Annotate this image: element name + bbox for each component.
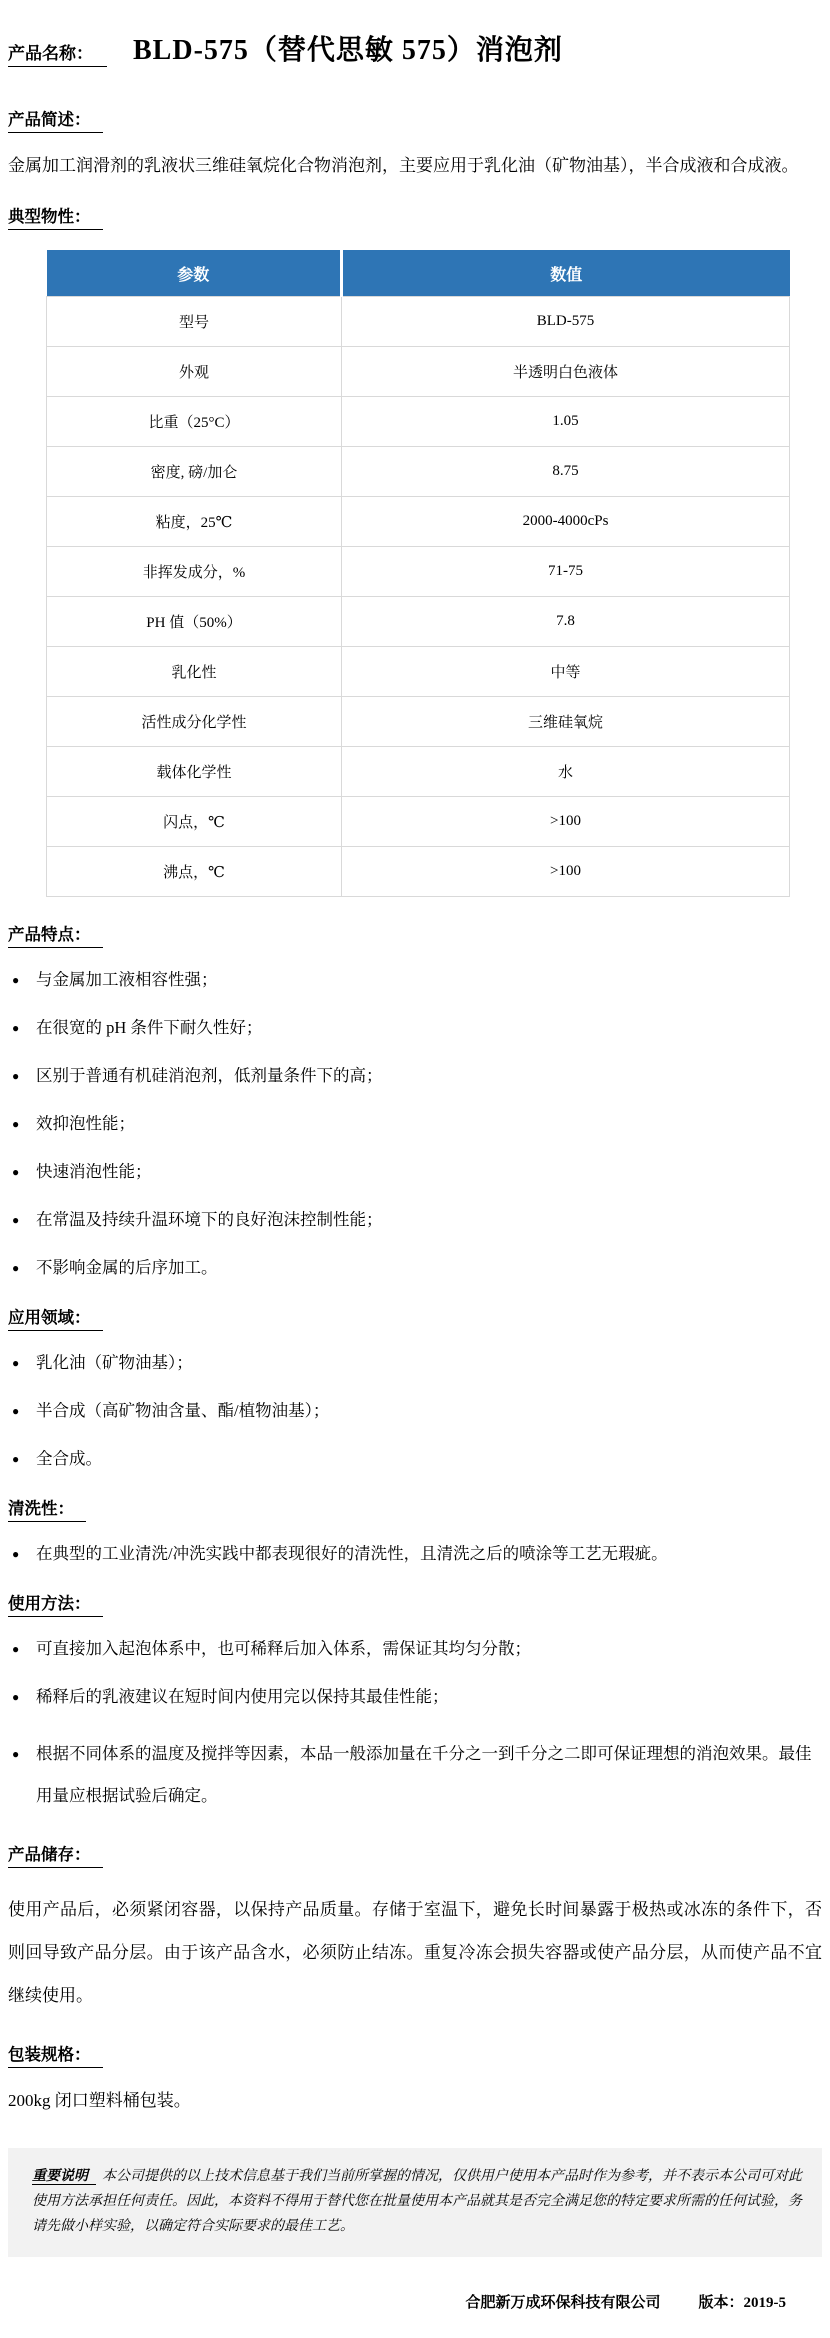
table-cell-value: 1.05 (342, 397, 790, 447)
table-cell-value: BLD-575 (342, 297, 790, 347)
features-list: ●与金属加工液相容性强； ●在很宽的 pH 条件下耐久性好； ●区别于普通有机硅… (8, 968, 822, 1280)
list-item-text: 可直接加入起泡体系中，也可稀释后加入体系，需保证其均匀分散； (36, 1637, 531, 1661)
bullet-icon: ● (12, 1256, 36, 1280)
storage-paragraph: 使用产品后，必须紧闭容器，以保持产品质量。存储于室温下，避免长时间暴露于极热或冰… (8, 1888, 822, 2017)
table-cell-parameter: 乳化性 (47, 647, 342, 697)
bullet-icon: ● (12, 1447, 36, 1471)
table-cell-value: 三维硅氧烷 (342, 697, 790, 747)
bullet-icon: ● (12, 1112, 36, 1136)
table-row: 非挥发成分，%71-75 (47, 547, 790, 597)
document-header: 产品名称： BLD-575（替代思敏 575）消泡剂 (8, 28, 822, 68)
list-item-text: 稀释后的乳液建议在短时间内使用完以保持其最佳性能； (36, 1685, 449, 1709)
list-item-text: 与金属加工液相容性强； (36, 968, 218, 992)
table-cell-value: 7.8 (342, 597, 790, 647)
list-item: ●在很宽的 pH 条件下耐久性好； (8, 1016, 822, 1040)
list-item: ●效抑泡性能； (8, 1112, 822, 1136)
list-item: ●区别于普通有机硅消泡剂，低剂量条件下的高； (8, 1064, 822, 1088)
section-heading-properties: 典型物性： (8, 203, 822, 230)
section-heading-storage: 产品储存： (8, 1841, 822, 1868)
table-cell-parameter: 载体化学性 (47, 747, 342, 797)
properties-table: 参数 数值 型号BLD-575 外观半透明白色液体 比重（25°C）1.05 密… (46, 250, 790, 897)
table-cell-parameter: 型号 (47, 297, 342, 347)
table-row: 活性成分化学性三维硅氧烷 (47, 697, 790, 747)
column-header-parameter: 参数 (47, 250, 342, 297)
document-page: 产品名称： BLD-575（替代思敏 575）消泡剂 产品简述： 金属加工润滑剂… (0, 0, 830, 2338)
table-cell-parameter: PH 值（50%） (47, 597, 342, 647)
table-cell-value: >100 (342, 797, 790, 847)
table-cell-value: >100 (342, 847, 790, 897)
list-item: ●稀释后的乳液建议在短时间内使用完以保持其最佳性能； (8, 1685, 822, 1709)
table-row: 乳化性中等 (47, 647, 790, 697)
table-cell-parameter: 粘度，25℃ (47, 497, 342, 547)
bullet-icon: ● (12, 1733, 36, 1775)
bullet-icon: ● (12, 1685, 36, 1709)
section-heading-cleaning: 清洗性： (8, 1495, 822, 1522)
page-title: BLD-575（替代思敏 575）消泡剂 (133, 28, 563, 68)
list-item: ●可直接加入起泡体系中，也可稀释后加入体系，需保证其均匀分散； (8, 1637, 822, 1661)
table-cell-parameter: 外观 (47, 347, 342, 397)
list-item-text: 不影响金属的后序加工。 (36, 1256, 218, 1280)
usage-list: ●可直接加入起泡体系中，也可稀释后加入体系，需保证其均匀分散； ●稀释后的乳液建… (8, 1637, 822, 1817)
bullet-icon: ● (12, 1637, 36, 1661)
table-header-row: 参数 数值 (47, 250, 790, 297)
bullet-icon: ● (12, 968, 36, 992)
important-notice-box: 重要说明本公司提供的以上技术信息基于我们当前所掌握的情况，仅供用户使用本产品时作… (8, 2148, 822, 2257)
bullet-icon: ● (12, 1064, 36, 1088)
list-item-text: 半合成（高矿物油含量、酯/植物油基）； (36, 1399, 329, 1423)
list-item: ●根据不同体系的温度及搅拌等因素，本品一般添加量在千分之一到千分之二即可保证理想… (8, 1733, 822, 1817)
notice-text: 本公司提供的以上技术信息基于我们当前所掌握的情况，仅供用户使用本产品时作为参考，… (32, 2169, 802, 2234)
overview-paragraph: 金属加工润滑剂的乳液状三维硅氧烷化合物消泡剂，主要应用于乳化油（矿物油基），半合… (8, 153, 822, 179)
table-cell-parameter: 闪点，℃ (47, 797, 342, 847)
table-row: 闪点，℃>100 (47, 797, 790, 847)
column-header-value: 数值 (342, 250, 790, 297)
list-item: ●快速消泡性能； (8, 1160, 822, 1184)
table-cell-parameter: 密度, 磅/加仑 (47, 447, 342, 497)
bullet-icon: ● (12, 1542, 36, 1566)
company-name: 合肥新万成环保科技有限公司 (465, 2295, 660, 2311)
table-row: 密度, 磅/加仑8.75 (47, 447, 790, 497)
document-footer: 合肥新万成环保科技有限公司版本：2019-5 (8, 2291, 822, 2338)
table-cell-value: 水 (342, 747, 790, 797)
section-heading-applications: 应用领域： (8, 1304, 822, 1331)
table-row: 外观半透明白色液体 (47, 347, 790, 397)
section-heading-overview: 产品简述： (8, 106, 822, 133)
notice-label: 重要说明 (32, 2169, 96, 2185)
bullet-icon: ● (12, 1351, 36, 1375)
cleaning-list: ●在典型的工业清洗/冲洗实践中都表现很好的清洗性，且清洗之后的喷涂等工艺无瑕疵。 (8, 1542, 822, 1566)
section-heading-packaging: 包装规格： (8, 2041, 822, 2068)
list-item: ●不影响金属的后序加工。 (8, 1256, 822, 1280)
table-cell-parameter: 活性成分化学性 (47, 697, 342, 747)
list-item-text: 在典型的工业清洗/冲洗实践中都表现很好的清洗性，且清洗之后的喷涂等工艺无瑕疵。 (36, 1542, 668, 1566)
list-item-text: 在常温及持续升温环境下的良好泡沫控制性能； (36, 1208, 383, 1232)
table-cell-parameter: 沸点，℃ (47, 847, 342, 897)
bullet-icon: ● (12, 1399, 36, 1423)
table-cell-value: 8.75 (342, 447, 790, 497)
list-item: ●在常温及持续升温环境下的良好泡沫控制性能； (8, 1208, 822, 1232)
bullet-icon: ● (12, 1208, 36, 1232)
table-row: 沸点，℃>100 (47, 847, 790, 897)
list-item-text: 快速消泡性能； (36, 1160, 152, 1184)
table-row: 比重（25°C）1.05 (47, 397, 790, 447)
bullet-icon: ● (12, 1160, 36, 1184)
table-cell-parameter: 非挥发成分，% (47, 547, 342, 597)
section-heading-usage: 使用方法： (8, 1590, 822, 1617)
version-label: 版本：2019-5 (699, 2295, 787, 2311)
product-name-label: 产品名称： (8, 39, 107, 67)
table-cell-value: 71-75 (342, 547, 790, 597)
list-item-text: 全合成。 (36, 1447, 102, 1471)
table-row: PH 值（50%）7.8 (47, 597, 790, 647)
list-item: ●全合成。 (8, 1447, 822, 1471)
list-item: ●与金属加工液相容性强； (8, 968, 822, 992)
section-heading-features: 产品特点： (8, 921, 822, 948)
packaging-paragraph: 200kg 闭口塑料桶包装。 (8, 2088, 822, 2114)
bullet-icon: ● (12, 1016, 36, 1040)
table-cell-value: 中等 (342, 647, 790, 697)
list-item-text: 在很宽的 pH 条件下耐久性好； (36, 1016, 262, 1040)
applications-list: ●乳化油（矿物油基）； ●半合成（高矿物油含量、酯/植物油基）； ●全合成。 (8, 1351, 822, 1471)
table-cell-parameter: 比重（25°C） (47, 397, 342, 447)
table-row: 粘度，25℃2000-4000cPs (47, 497, 790, 547)
list-item: ●乳化油（矿物油基）； (8, 1351, 822, 1375)
table-cell-value: 2000-4000cPs (342, 497, 790, 547)
list-item-text: 效抑泡性能； (36, 1112, 135, 1136)
table-row: 型号BLD-575 (47, 297, 790, 347)
list-item-text: 区别于普通有机硅消泡剂，低剂量条件下的高； (36, 1064, 383, 1088)
list-item-text: 根据不同体系的温度及搅拌等因素，本品一般添加量在千分之一到千分之二即可保证理想的… (36, 1733, 822, 1817)
table-row: 载体化学性水 (47, 747, 790, 797)
list-item: ●在典型的工业清洗/冲洗实践中都表现很好的清洗性，且清洗之后的喷涂等工艺无瑕疵。 (8, 1542, 822, 1566)
table-cell-value: 半透明白色液体 (342, 347, 790, 397)
list-item: ●半合成（高矿物油含量、酯/植物油基）； (8, 1399, 822, 1423)
list-item-text: 乳化油（矿物油基）； (36, 1351, 193, 1375)
